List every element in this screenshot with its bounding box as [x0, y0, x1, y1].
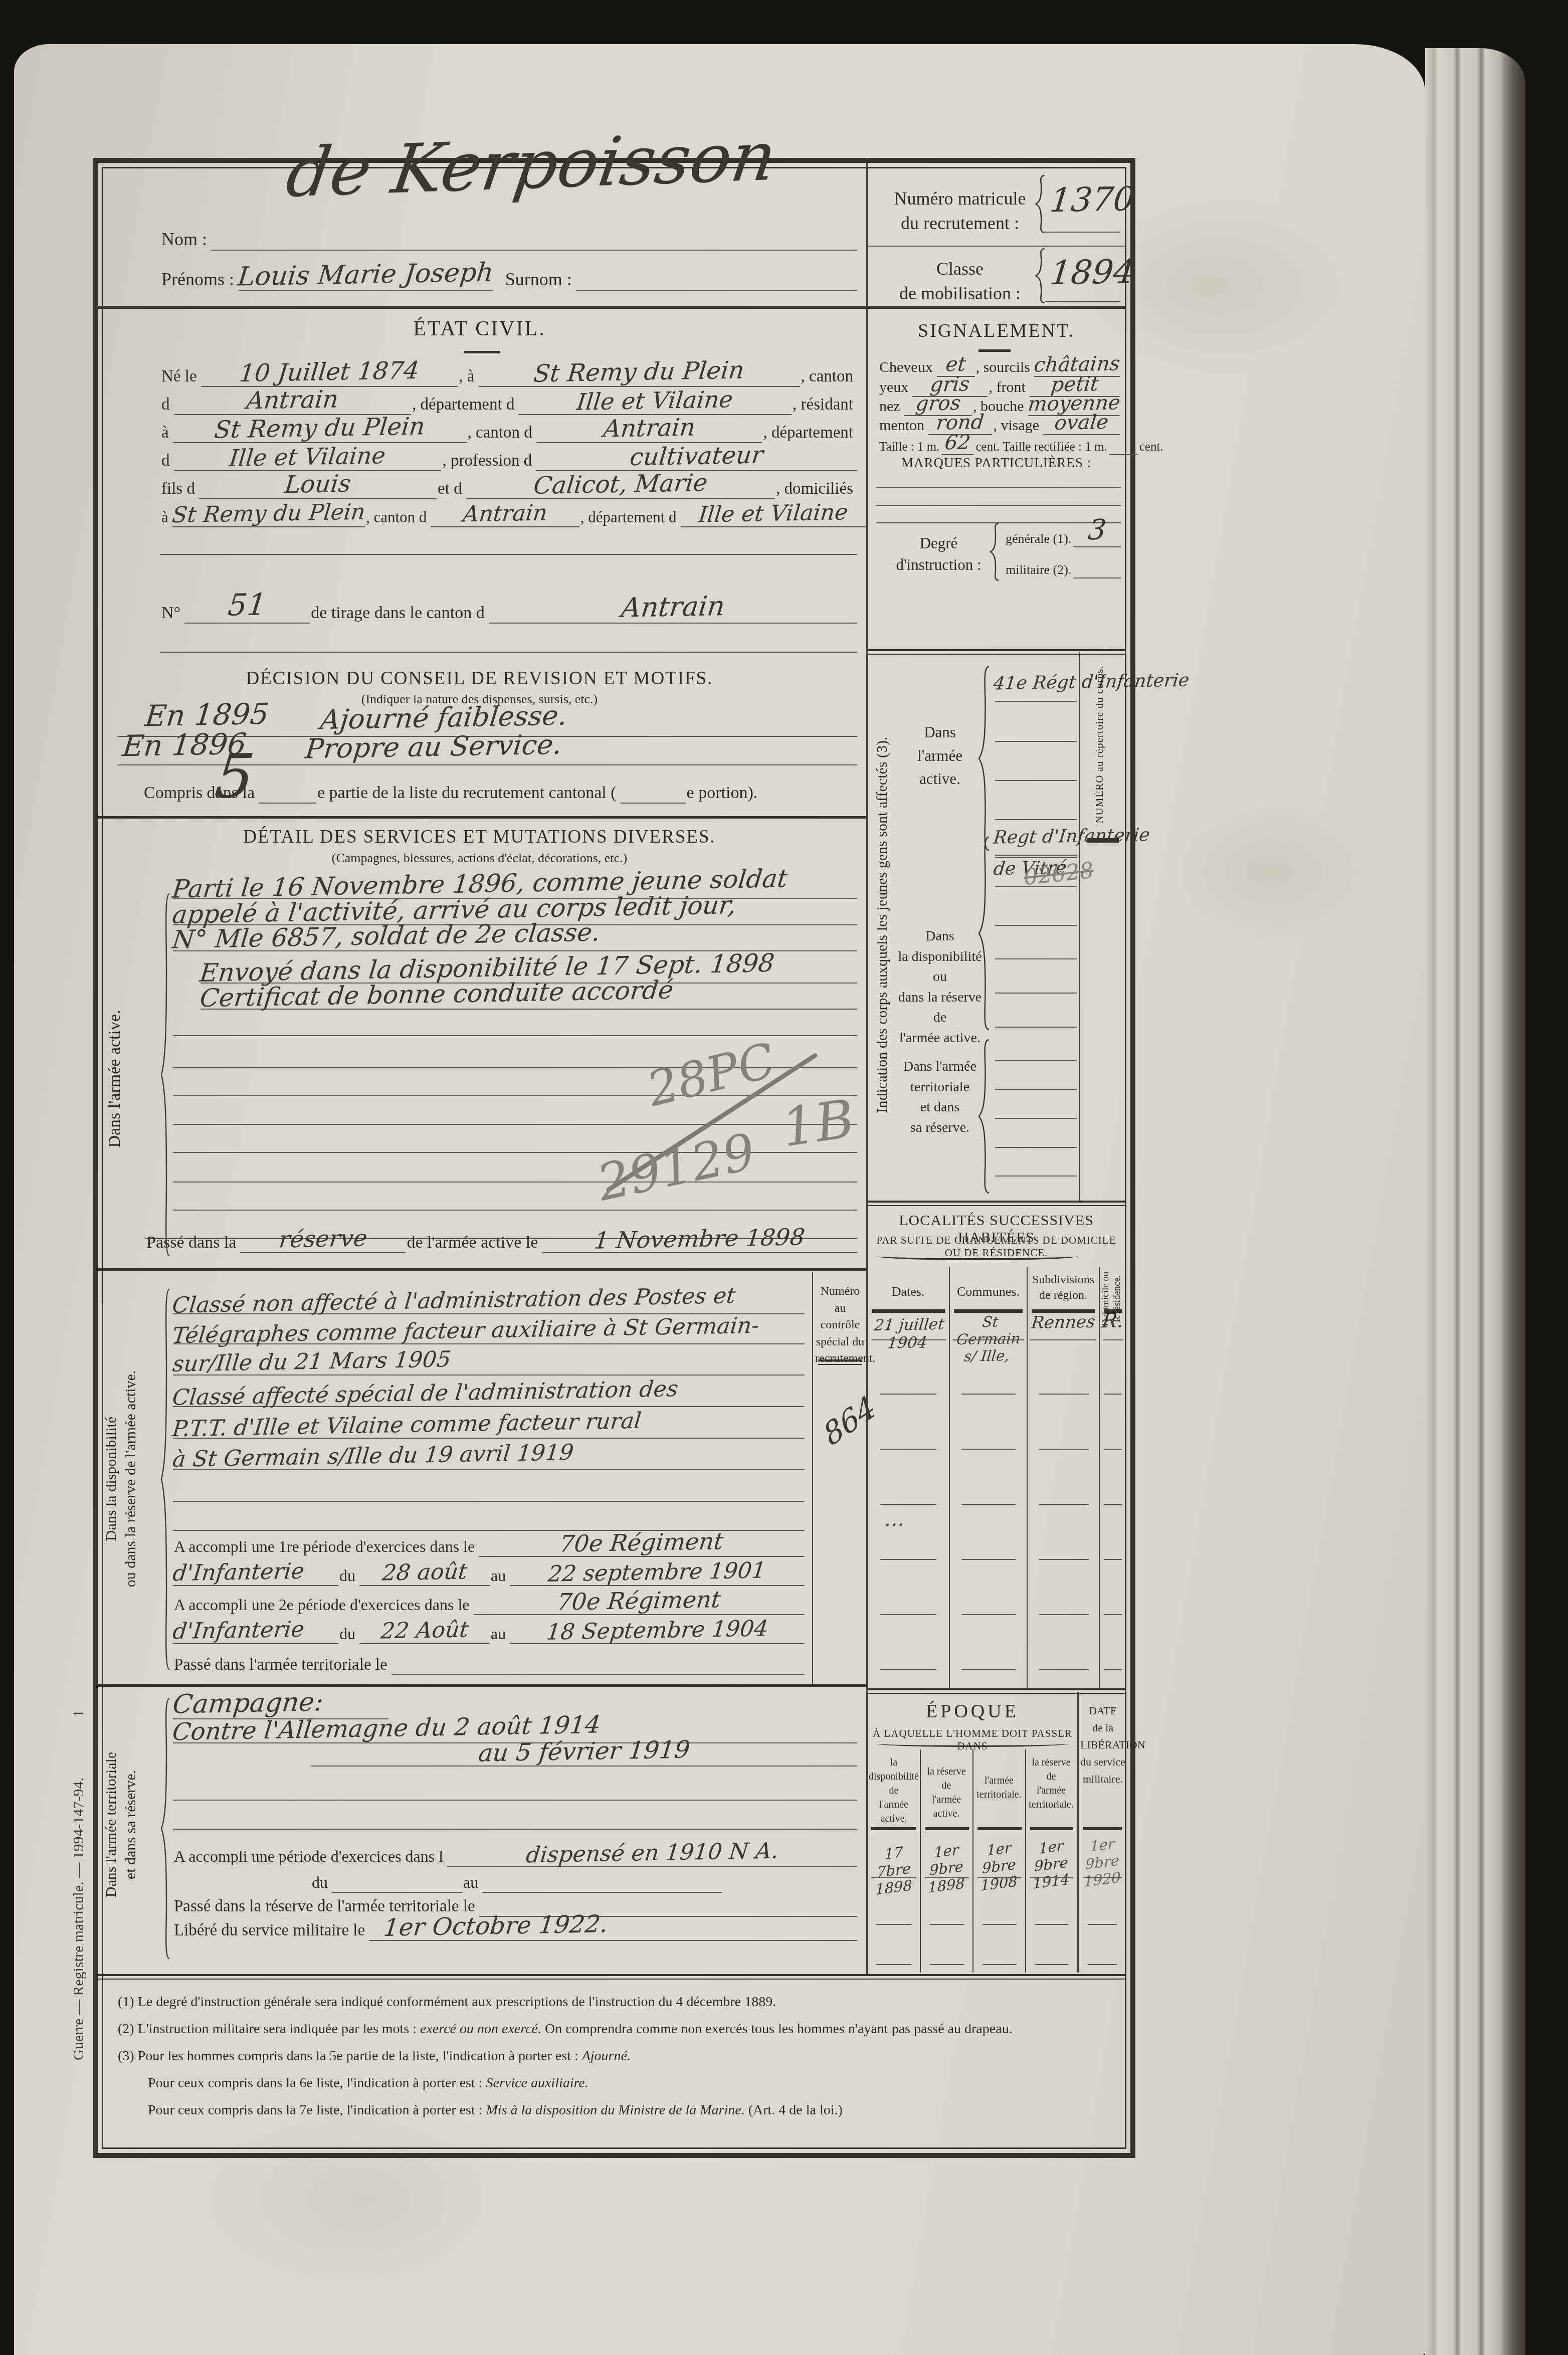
ruled-line	[961, 1449, 1016, 1450]
dispo-line-1-text: Classé non affecté à l'administration de…	[171, 1283, 736, 1318]
services-side-label: Dans l'armée active.	[105, 978, 125, 1179]
epoque-date-header: DATE de la LIBÉRATION du service militai…	[1080, 1702, 1125, 1788]
dom-departement-field: Ille et Vilaine	[681, 501, 866, 527]
document-scan: Guerre — Registre matricule. — 1994-147-…	[0, 0, 1568, 2355]
tirage-canton: Antrain	[620, 590, 726, 624]
passe-territoriale-label: Passé dans l'armée territoriale le	[173, 1656, 391, 1675]
passe-date: 1 Novembre 1898	[593, 1223, 807, 1254]
corps-territoriale-brace	[976, 1037, 992, 1196]
a-label-2: à	[160, 424, 173, 443]
ruled-line	[995, 780, 1077, 781]
d-label-2: d	[160, 452, 174, 471]
exercice-2-row-a: A accompli une 2e période d'exercices da…	[173, 1586, 805, 1615]
militaire-label: militaire (2).	[1005, 562, 1073, 578]
dispo-line-3-text: sur/Ille du 21 Mars 1905	[171, 1346, 452, 1377]
profession: cultivateur	[629, 441, 765, 472]
services-line-5: Certificat de bonne conduite accordé	[201, 978, 857, 1010]
ruled-line	[983, 1924, 1017, 1925]
exercice-1-row-b: d'Infanterie du 28 août au 22 septembre …	[173, 1557, 805, 1586]
ruled-line	[173, 1829, 857, 1830]
mother-field: Calicot, Marie	[466, 470, 775, 499]
passe-date-field: 1 Novembre 1898	[542, 1225, 857, 1253]
au-label-2: au	[490, 1625, 510, 1644]
d-label: d	[160, 396, 174, 415]
etat-civil-title: ÉTAT CIVIL.	[93, 317, 866, 341]
degre-militaire-row: militaire (2).	[1005, 555, 1121, 578]
localites-col-dates: Dates.	[867, 1284, 949, 1299]
dispo-line-2: Télégraphes comme facteur auxiliaire à S…	[173, 1314, 805, 1344]
dispo-line-3-field: sur/Ille du 21 Mars 1905	[173, 1349, 805, 1376]
exercice-2-arm-field: d'Infanterie	[173, 1618, 338, 1644]
dispo-line-5-text: P.T.T. d'Ille et Vilaine comme facteur r…	[171, 1408, 643, 1442]
section-rule	[93, 816, 866, 819]
ruled-line	[880, 1394, 936, 1395]
ruled-line	[880, 1504, 936, 1505]
nom-label: Nom :	[160, 229, 211, 251]
compris-partie-value: 5	[213, 746, 257, 807]
classe-underline	[1045, 301, 1120, 302]
departement-label-2: , département	[762, 424, 857, 443]
dispo-line-2-field: Télégraphes comme facteur auxiliaire à S…	[173, 1318, 805, 1344]
dispo-line-1: Classé non affecté à l'administration de…	[173, 1284, 805, 1314]
res-departement-field: Ille et Vilaine	[174, 443, 442, 471]
epoque-header-rule	[977, 1827, 1022, 1830]
ruled-line	[925, 1877, 969, 1878]
ruled-line	[876, 505, 1121, 506]
taille-rectifiee-label: cent. Taille rectifiée : 1 m.	[973, 440, 1109, 455]
visage-field: ovale	[1043, 411, 1120, 435]
margin-imprint: Guerre — Registre matricule. — 1994-147-…	[69, 1569, 89, 2060]
etat-civil-dash	[464, 351, 500, 353]
birth-place: St Remy du Plein	[532, 356, 746, 387]
dispo-line-6: à St Germain s/Ille du 19 avril 1919	[173, 1440, 805, 1470]
dispo-line-1-field: Classé non affecté à l'administration de…	[173, 1288, 805, 1314]
ruled-line	[876, 1924, 911, 1925]
margin-imprint-text: Guerre — Registre matricule. — 1994-147-…	[70, 1778, 87, 2060]
ruled-line	[1035, 1924, 1068, 1925]
ruled-line	[1104, 1504, 1122, 1505]
ne-le-label: Né le	[160, 367, 201, 387]
ruled-line	[876, 1964, 911, 1965]
epoque-col-2-header: la réserve de l'armée active.	[921, 1764, 971, 1821]
ruled-line	[173, 1182, 857, 1183]
localites-flourish	[877, 1252, 1078, 1260]
ruled-line	[983, 1964, 1017, 1965]
visage-value: ovale	[1054, 411, 1110, 435]
ruled-line	[995, 741, 1077, 742]
ruled-line	[995, 1147, 1077, 1148]
exercice-2-from: 22 Août	[379, 1617, 470, 1644]
exercice-1-regiment: 70e Régiment	[558, 1527, 725, 1557]
generale-label: générale (1).	[1005, 531, 1073, 547]
passe-label: Passé dans la	[145, 1233, 240, 1253]
localites-dots: ...	[883, 1506, 906, 1531]
birth-date-field: 10 Juillet 1874	[201, 358, 458, 387]
footnote-1: (1) Le degré d'instruction générale sera…	[118, 1994, 1110, 2010]
section-rule-double	[868, 1201, 1125, 1206]
dispo-line-4-field: Classé affecté spécial de l'administrati…	[173, 1381, 805, 1407]
epoque-header-rule	[1030, 1827, 1073, 1830]
localites-col-dr: D domicile ou R résidence.	[1100, 1246, 1123, 1351]
corps-dispo-label: Dans la disponibilité ou dans la réserve…	[897, 926, 983, 1049]
territoriale-exercice-label: A accompli une période d'exercices dans …	[173, 1847, 447, 1867]
corps-active-label: Dans l'armée active.	[900, 721, 980, 791]
footnote-5-italic: Mis à la disposition du Ministre de la M…	[486, 2102, 745, 2118]
territoriale-au-label: au	[462, 1873, 482, 1893]
matricule-underline	[1045, 232, 1120, 233]
corps-territoriale-label: Dans l'armée territoriale et dans sa rés…	[897, 1057, 983, 1138]
father-field: Louis	[199, 470, 437, 499]
exercice-1-arm-field: d'Infanterie	[173, 1559, 338, 1586]
territoriale-du-au-row: du au	[311, 1868, 722, 1893]
ruled-line	[995, 1118, 1077, 1119]
passe-reserve-row: Passé dans la réserve de l'armée active …	[145, 1222, 857, 1253]
etat-civil-row-3: à St Remy du Plein , canton d Antrain , …	[160, 414, 857, 443]
ruled-line	[995, 993, 1077, 994]
epoque-col-2-value: 1er 9bre 1898	[921, 1840, 971, 1897]
dom-place: St Remy du Plein	[171, 499, 366, 528]
epoque-col-1-header: la disponibilité de l'armée active.	[868, 1755, 919, 1826]
ruled-line	[961, 1614, 1016, 1615]
epoque-top-rule	[868, 1688, 1125, 1694]
book-page-stack	[1425, 48, 1525, 2355]
footnote-5-pre: Pour ceux compris dans la 7e liste, l'in…	[148, 2102, 486, 2118]
services-line-3-text: N° Mle 6857, soldat de 2e classe.	[171, 918, 602, 954]
ruled-line	[995, 1060, 1077, 1061]
localites-row1-date: 21 juillet 1904	[867, 1315, 950, 1353]
dispo-line-6-text: à St Germain s/Ille du 19 avril 1919	[171, 1440, 575, 1472]
numero-label: N°	[160, 604, 184, 624]
epoque-flourish	[876, 1740, 1069, 1747]
dispo-line-5: P.T.T. d'Ille et Vilaine comme facteur r…	[173, 1409, 805, 1439]
ruled-line	[995, 855, 1077, 856]
ruled-line	[1088, 1924, 1117, 1925]
ruled-line	[1039, 1614, 1089, 1615]
ruled-line	[961, 1394, 1016, 1395]
footnote-3-italic: Ajourné.	[582, 2048, 631, 2064]
ruled-line	[1039, 1559, 1089, 1560]
ruled-line	[880, 1449, 936, 1450]
dom-place-field: St Remy du Plein	[172, 501, 365, 527]
passe-territoriale-row: Passé dans l'armée territoriale le	[173, 1648, 805, 1675]
footnote-2-num: (2)	[118, 2021, 134, 2037]
domicilies-label: , domiciliés	[775, 480, 857, 499]
ruled-line	[995, 1175, 1077, 1176]
birth-departement: Ille et Vilaine	[575, 385, 734, 415]
matricule-brace	[1034, 174, 1047, 234]
localites-col-communes: Communes.	[950, 1284, 1027, 1299]
au-label: au	[490, 1566, 510, 1586]
compris-partie-field	[259, 803, 316, 804]
campagne-line-2: au 5 février 1919	[311, 1738, 857, 1767]
res-place: St Remy du Plein	[213, 412, 427, 444]
canton-label-3: , canton d	[365, 508, 431, 527]
ruled-line	[1104, 1394, 1122, 1395]
decision-title: DÉCISION DU CONSEIL DE REVISION ET MOTIF…	[93, 668, 866, 689]
libere-row: Libéré du service militaire le 1er Octob…	[173, 1913, 857, 1941]
birth-date: 10 Juillet 1874	[238, 356, 421, 387]
exercice-1-to: 22 septembre 1901	[547, 1557, 767, 1587]
exercice-1-label: A accompli une 1re période d'exercices d…	[173, 1537, 479, 1557]
services-line-5-field: Certificat de bonne conduite accordé	[201, 979, 857, 1010]
etat-civil-row-1: Né le 10 Juillet 1874 , à St Remy du Ple…	[160, 357, 857, 387]
dispo-line-2-text: Télégraphes comme facteur auxiliaire à S…	[171, 1313, 760, 1348]
campagne-line-2-text: au 5 février 1919	[477, 1735, 691, 1767]
fils-label: fils d	[160, 480, 199, 499]
epoque-date-value: 1er 9bre 1920	[1080, 1834, 1124, 1890]
footnote-1-num: (1)	[118, 1994, 134, 2010]
section-rule-double	[868, 649, 1125, 655]
dispo-line-5-field: P.T.T. d'Ille et Vilaine comme facteur r…	[173, 1412, 805, 1439]
classe-value: 1894	[1048, 253, 1122, 292]
decision-line2-text: Propre au Service.	[304, 729, 563, 765]
dispo-line-4: Classé affecté spécial de l'administrati…	[173, 1377, 805, 1407]
nom-row: Nom :	[160, 201, 857, 251]
profession-label: , profession d	[441, 452, 536, 471]
footnote-3-pre: Pour les hommes compris dans la 5e parti…	[138, 2048, 582, 2064]
campagne-line-2-field: au 5 février 1919	[311, 1737, 857, 1767]
ruled-line	[995, 1089, 1077, 1090]
footnote-4: Pour ceux compris dans la 6e liste, l'in…	[148, 2075, 1110, 2091]
corps-side-label: Indication des corps auxquels les jeunes…	[874, 669, 894, 1181]
generale-field: 3	[1073, 514, 1121, 547]
exercice-1-from: 28 août	[381, 1559, 468, 1586]
exercice-1-row-a: A accompli une 1re période d'exercices d…	[173, 1528, 805, 1557]
ruled-line	[1104, 1669, 1122, 1670]
territoriale-exercice-row: A accompli une période d'exercices dans …	[173, 1839, 857, 1867]
localites-row1-dr: R.	[1100, 1309, 1126, 1333]
ruled-line	[173, 1800, 857, 1801]
surnom-field	[576, 290, 857, 291]
departement-label-3: , département d	[579, 508, 681, 527]
footnote-5-post: (Art. 4 de la loi.)	[745, 2102, 843, 2118]
matricule-label: Numéro matricule du recrutement :	[880, 186, 1040, 235]
epoque-title: ÉPOQUE	[867, 1700, 1078, 1722]
services-title: DÉTAIL DES SERVICES ET MUTATIONS DIVERSE…	[93, 826, 866, 848]
ruled-line	[961, 1669, 1016, 1670]
prenoms-label: Prénoms :	[160, 269, 238, 291]
prenoms-row: Prénoms : Louis Marie Joseph Surnom :	[160, 256, 857, 291]
ruled-line	[173, 1501, 805, 1502]
epoque-col-3-header: l'armée territoriale.	[974, 1774, 1024, 1802]
exercice-2-to: 18 Septembre 1904	[545, 1616, 769, 1645]
ruled-line	[1088, 1964, 1117, 1965]
dom-departement: Ille et Vilaine	[697, 499, 849, 527]
ruled-line	[1039, 1669, 1089, 1670]
epoque-col-4-header: la réserve de l'armée territoriale.	[1027, 1755, 1076, 1812]
compris-end-label: e portion).	[686, 783, 762, 804]
section-rule	[93, 1268, 866, 1271]
footnote-2-italic: exercé ou non exercé.	[420, 2021, 541, 2037]
epoque-col-divider	[972, 1749, 973, 1973]
margin-page-number: 1	[70, 1710, 87, 1717]
header-cell-divider	[868, 246, 1125, 247]
controle-header-rule	[818, 1359, 862, 1365]
compris-mid-label: e partie de la liste du recrutement cant…	[316, 783, 621, 804]
ruled-line	[880, 1614, 936, 1615]
tirage-number-field: 51	[184, 587, 310, 624]
corps-dispo-value-1: Regt d'Infanterie	[993, 825, 1151, 848]
footnote-2-post: On comprendra comme non exercés tous les…	[541, 2021, 1013, 2037]
surnom-label: Surnom :	[493, 269, 576, 291]
ruled-line	[1030, 1877, 1073, 1878]
localites-row1-subdivision: Rennes	[1027, 1312, 1100, 1333]
epoque-col-divider	[920, 1749, 921, 1973]
exercice-2-regiment: 70e Régiment	[556, 1586, 722, 1616]
territoriale-side-brace	[159, 1693, 171, 1964]
ruled-line	[876, 487, 1121, 488]
services-subtitle: (Campagnes, blessures, actions d'éclat, …	[93, 851, 866, 866]
epoque-col-divider	[1025, 1749, 1026, 1973]
footnotes-top-rule	[93, 1974, 1125, 1980]
birth-canton-field: Antrain	[174, 386, 412, 415]
tirage-label: de tirage dans le canton d	[310, 604, 488, 624]
corps-dispo-brace	[976, 833, 992, 1034]
exercice-1-to-field: 22 septembre 1901	[510, 1559, 805, 1586]
localites-header-rule	[954, 1309, 1023, 1313]
birth-departement-field: Ille et Vilaine	[518, 387, 792, 415]
ruled-line	[1039, 1394, 1089, 1395]
ruled-line	[1030, 1339, 1096, 1340]
ruled-line	[1103, 1339, 1123, 1340]
ruled-line	[160, 554, 857, 555]
exercice-2-label: A accompli une 2e période d'exercices da…	[173, 1596, 474, 1615]
ruled-line	[160, 652, 857, 653]
services-line-5-text: Certificat de bonne conduite accordé	[199, 975, 675, 1013]
epoque-subtitle: À LAQUELLE L'HOMME DOIT PASSER DANS	[867, 1727, 1078, 1752]
ruled-line	[995, 819, 1077, 820]
tirage-canton-field: Antrain	[489, 591, 857, 624]
du-label-2: du	[338, 1625, 359, 1644]
ruled-line	[1104, 1614, 1122, 1615]
footnote-4-italic: Service auxiliaire.	[486, 2075, 589, 2091]
localites-col-subdivisions: Subdivisions de région.	[1028, 1272, 1099, 1303]
departement-label: , département d	[411, 396, 518, 415]
res-place-field: St Remy du Plein	[173, 414, 467, 443]
generale-value: 3	[1086, 514, 1108, 547]
passe-value-field: réserve	[240, 1225, 406, 1253]
degre-label: Degré d'instruction :	[885, 532, 993, 576]
etat-civil-row-6: à St Remy du Plein , canton d Antrain , …	[160, 498, 866, 527]
exercice-2-arm: d'Infanterie	[171, 1617, 306, 1645]
dispo-line-4-text: Classé affecté spécial de l'administrati…	[171, 1376, 679, 1411]
epoque-header-rule	[925, 1827, 969, 1830]
residant-label: , résidant	[792, 396, 857, 415]
services-side-brace	[159, 886, 171, 1263]
tirage-row: N° 51 de tirage dans le canton d Antrain	[160, 592, 857, 624]
footnote-2: (2) L'instruction militaire sera indiqué…	[118, 2021, 1115, 2037]
footnote-2-pre: L'instruction militaire sera indiquée pa…	[138, 2021, 420, 2037]
section-rule	[93, 1684, 866, 1687]
localites-row1-commune: St Germain s/ Ille,	[946, 1313, 1031, 1365]
ruled-line	[961, 1504, 1016, 1505]
controle-col-divider	[812, 1272, 813, 1686]
signalement-taille-row: Taille : 1 m. 62 cent. Taille rectifiée …	[878, 432, 1120, 455]
services-line-3-field: N° Mle 6857, soldat de 2e classe.	[173, 921, 857, 951]
res-departement: Ille et Vilaine	[228, 442, 387, 471]
prenoms-field: Louis Marie Joseph	[238, 260, 493, 291]
profession-field: cultivateur	[536, 442, 857, 471]
exercice-2-from-field: 22 Août	[359, 1618, 490, 1644]
exercice-2-regiment-field: 70e Régiment	[474, 1587, 805, 1615]
territoriale-side-label: Dans l'armée territoriale et dans sa rés…	[101, 1689, 139, 1960]
matricule-value: 1370	[1048, 180, 1122, 220]
header-bottom-rule	[93, 306, 1125, 309]
birth-place-field: St Remy du Plein	[479, 358, 800, 387]
dom-canton: Antrain	[462, 500, 548, 527]
ruled-line	[961, 1559, 1016, 1560]
ruled-line	[880, 1559, 936, 1560]
epoque-header-rule	[1083, 1827, 1122, 1830]
exercice-1-arm: d'Infanterie	[171, 1558, 306, 1587]
et-de-label: et d	[437, 480, 466, 499]
classe-label: Classe de mobilisation :	[880, 257, 1040, 305]
ruled-line	[977, 1877, 1022, 1878]
ruled-line	[1083, 1877, 1122, 1878]
ruled-line	[952, 1339, 1024, 1340]
footnote-4-pre: Pour ceux compris dans la 6e liste, l'in…	[148, 2075, 486, 2091]
ruled-line	[1104, 1449, 1122, 1450]
mother-name: Calicot, Marie	[532, 469, 709, 500]
tirage-number: 51	[226, 587, 268, 623]
etat-civil-row-4: d Ille et Vilaine , profession d cultiva…	[160, 442, 857, 471]
a-label-3: à	[160, 508, 172, 527]
du-label: du	[338, 1566, 359, 1586]
passe-value: réserve	[278, 1224, 368, 1253]
exercice-1-regiment-field: 70e Régiment	[479, 1529, 805, 1557]
services-line-3: N° Mle 6857, soldat de 2e classe.	[173, 920, 857, 951]
disponibilite-side-label: Dans la disponibilité ou dans la réserve…	[101, 1286, 139, 1672]
localites-header-rule	[872, 1309, 945, 1313]
etat-civil-row-5: fils d Louis et d Calicot, Marie , domic…	[160, 470, 857, 499]
ruled-line	[871, 1877, 916, 1878]
ruled-line	[871, 1339, 946, 1340]
canton-label: , canton	[800, 367, 857, 387]
epoque-col-1-value: 17 7bre 1898	[868, 1841, 919, 1899]
ruled-line	[1035, 1964, 1068, 1965]
birth-canton: Antrain	[245, 385, 340, 415]
taille-field: 62	[941, 431, 973, 455]
ruled-line	[995, 925, 1077, 926]
footnote-3-num: (3)	[118, 2048, 134, 2064]
exercice-2-to-field: 18 Septembre 1904	[510, 1618, 805, 1644]
footnote-1-pre: Le degré d'instruction générale sera ind…	[138, 1994, 776, 2010]
territoriale-exercice-value: dispensé en 1910 N A.	[525, 1838, 780, 1868]
ruled-line	[930, 1924, 964, 1925]
marques-label: MARQUES PARTICULIÈRES :	[867, 455, 1125, 471]
ruled-line	[1039, 1449, 1089, 1450]
degre-generale-row: générale (1). 3	[1005, 521, 1121, 547]
passe-mid-label: de l'armée active le	[406, 1233, 542, 1253]
father-name: Louis	[283, 470, 352, 499]
dispo-line-3: sur/Ille du 21 Mars 1905	[173, 1345, 805, 1376]
corps-active-brace	[976, 663, 992, 854]
passe-territoriale-field	[391, 1674, 805, 1675]
a-label: , à	[458, 367, 478, 387]
territoriale-exercice-field: dispensé en 1910 N A.	[447, 1840, 857, 1867]
prenoms-handwriting: Louis Marie Joseph	[236, 258, 495, 292]
disponibilite-side-brace	[159, 1281, 171, 1677]
territoriale-du-label: du	[311, 1873, 332, 1893]
canton-label-2: , canton d	[467, 424, 536, 443]
etat-civil-row-2: d Antrain , département d Ille et Vilain…	[160, 386, 857, 415]
epoque-col-4-value: 1er 9bre 1914	[1027, 1836, 1075, 1893]
taille-value: 62	[944, 431, 972, 455]
nom-field	[211, 250, 857, 251]
ruled-line	[880, 1669, 936, 1670]
ruled-line	[173, 1210, 857, 1211]
repertoire-strip-divider	[1079, 652, 1080, 1201]
